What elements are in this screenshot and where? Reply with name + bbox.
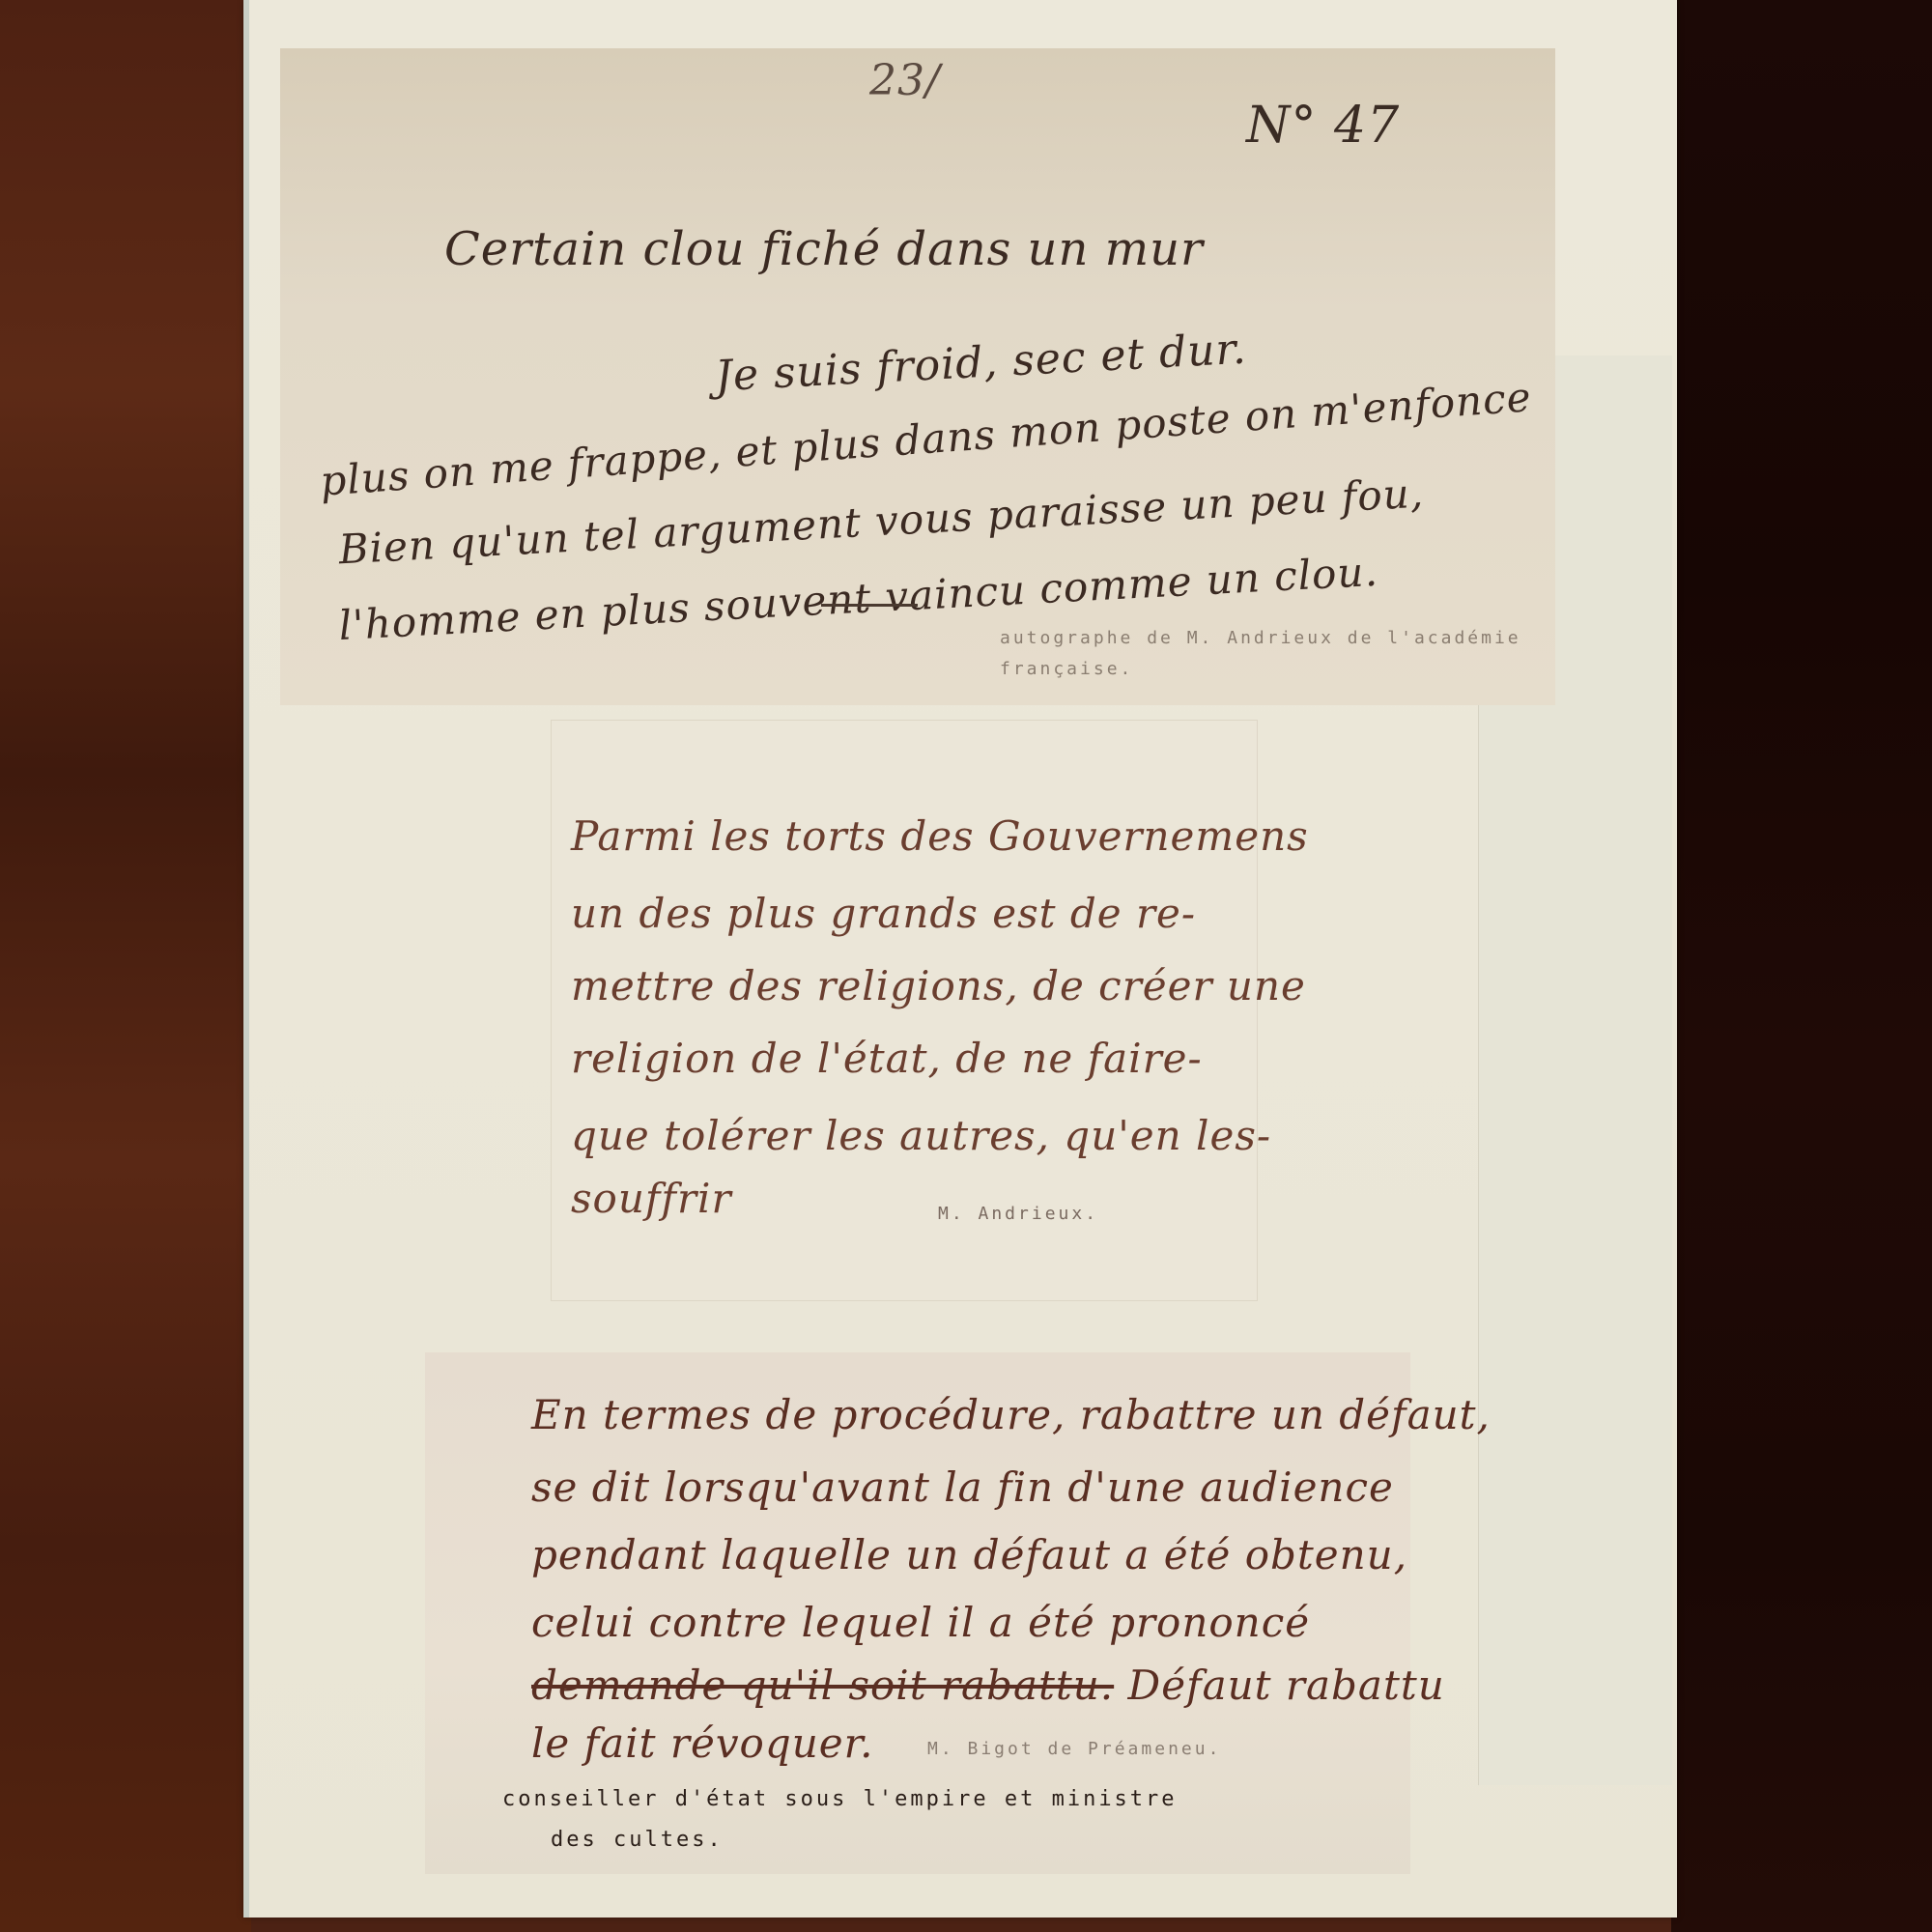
text-line: Défaut rabattu (1128, 1662, 1445, 1709)
text-line: le fait révoquer. (531, 1719, 873, 1767)
attribution-line: M. Andrieux. (938, 1204, 1098, 1224)
wooden-surface-left (0, 0, 251, 1932)
autograph-slip-andrieux-prose: Parmi les torts des Gouvernemens un des … (551, 720, 1258, 1301)
struck-text: demande qu'il soit rabattu. (531, 1662, 1114, 1709)
wooden-surface-right (1671, 0, 1932, 1932)
text-line: celui contre lequel il a été prononcé (531, 1599, 1310, 1646)
autograph-slip-andrieux-poem: 23/ N° 47 Certain clou fiché dans un mur… (280, 48, 1555, 705)
biographical-note: conseiller d'état sous l'empire et minis… (502, 1787, 1178, 1811)
divider-rule (821, 604, 918, 607)
item-number: N° 47 (1246, 97, 1400, 155)
poem-line: Je suis froid, sec et dur. (714, 325, 1248, 402)
text-line: que tolérer les autres, qu'en les- (571, 1112, 1271, 1159)
attribution-line: autographe de M. Andrieux de l'académie (1000, 628, 1521, 648)
text-line: mettre des religions, de créer une (571, 962, 1306, 1009)
text-line: En termes de procédure, rabattre un défa… (531, 1391, 1491, 1438)
text-line: se dit lorsqu'avant la fin d'une audienc… (531, 1463, 1394, 1511)
text-line: Parmi les torts des Gouvernemens (571, 812, 1309, 860)
autograph-slip-bigot-de-preameneu: En termes de procédure, rabattre un défa… (425, 1352, 1410, 1874)
biographical-note: des cultes. (551, 1828, 724, 1852)
attribution-line: M. Bigot de Préameneu. (927, 1739, 1221, 1759)
poem-title: Certain clou fiché dans un mur (444, 222, 1204, 276)
text-line: religion de l'état, de ne faire- (571, 1035, 1203, 1082)
folio-number: 23/ (869, 56, 941, 105)
attribution-line: française. (1000, 659, 1133, 679)
text-line: souffrir (571, 1175, 732, 1222)
text-line: un des plus grands est de re- (571, 890, 1196, 937)
text-line: pendant laquelle un défaut a été obtenu, (531, 1531, 1407, 1578)
